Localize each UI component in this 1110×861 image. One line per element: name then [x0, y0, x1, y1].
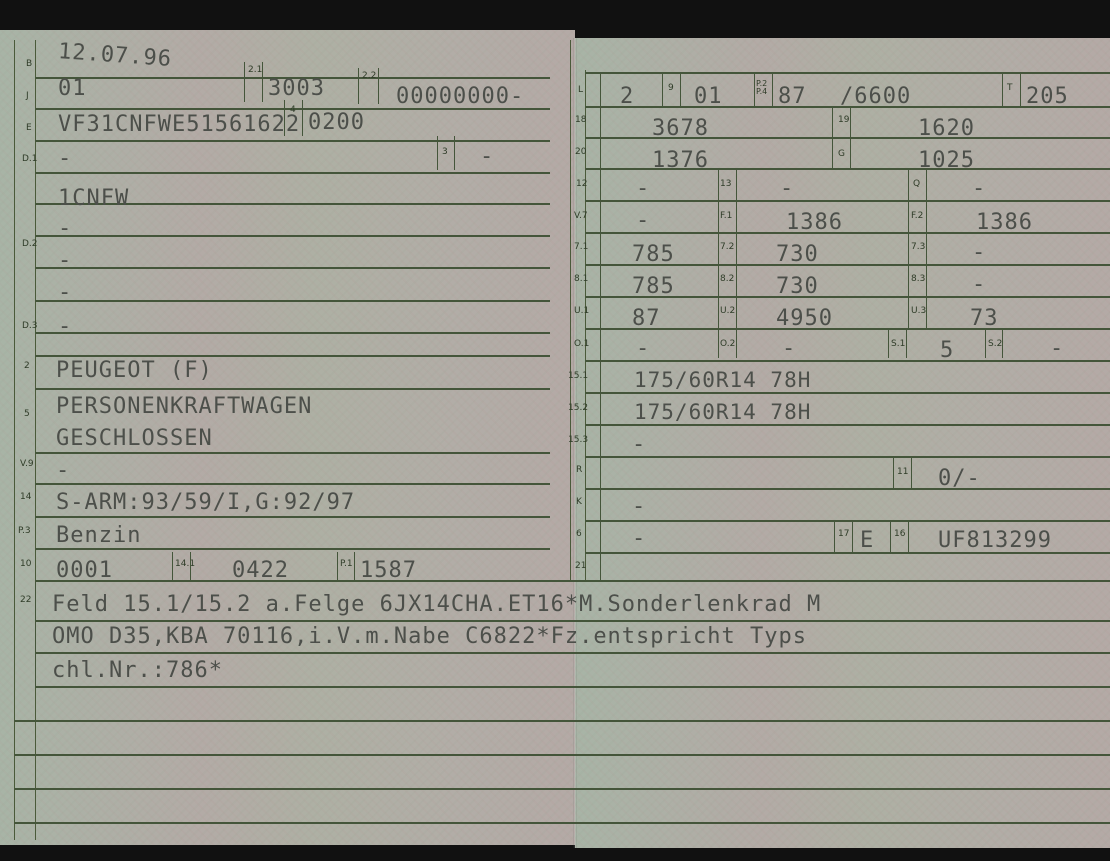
value-6: -	[632, 528, 646, 550]
field-label-2-1: 2.1	[248, 66, 262, 75]
value-emission-class: S-ARM:93/59/I,G:92/97	[56, 492, 355, 514]
row-line	[585, 360, 1110, 362]
value-noise-stationary: 87	[632, 308, 661, 330]
field-label-8-1: 8.1	[574, 275, 588, 284]
field-label-e: E	[26, 124, 32, 133]
cell-border	[893, 458, 894, 488]
field-label-15-2: 15.2	[568, 404, 588, 413]
row-line	[35, 548, 550, 550]
value-8-2: 730	[776, 276, 819, 298]
field-label-j: J	[26, 92, 29, 101]
remarks-line-2: OMO D35,KBA 70116,i.V.m.Nabe C6822*Fz.en…	[52, 626, 807, 648]
cell-border	[985, 330, 986, 358]
row-line	[585, 392, 1110, 394]
remarks-line-1: Feld 15.1/15.2 a.Felge 6JX14CHA.ET16*M.S…	[52, 594, 821, 616]
field-label-2: 2	[24, 362, 30, 371]
cell-border	[911, 458, 912, 488]
value-length: 3678	[652, 118, 709, 140]
cell-border	[926, 170, 927, 328]
value-manufacturer-key: 3003	[268, 78, 325, 100]
row-line	[14, 822, 1110, 824]
cell-border	[244, 62, 245, 102]
cell-border	[262, 62, 263, 102]
field-label-17: 17	[838, 530, 849, 539]
cell-border	[1020, 74, 1021, 106]
value-width: 1620	[918, 118, 975, 140]
value-tyre-axle-1: 175/60R14 78H	[634, 370, 811, 391]
cell-border	[190, 552, 191, 582]
field-label-d2: D.2	[22, 240, 38, 249]
field-label-l: L	[578, 86, 583, 95]
value-permissible-mass: 1386	[976, 212, 1033, 234]
field-label-g: G	[838, 150, 845, 159]
value-d2: -	[58, 250, 72, 272]
field-label-16: 16	[894, 530, 905, 539]
value-tyre-axle-2: 175/60R14 78H	[634, 402, 811, 423]
field-label-p2-p4: P.2 P.4	[756, 80, 767, 96]
value-9: 01	[694, 86, 723, 108]
field-label-d3: D.3	[22, 322, 38, 331]
value-vin: VF31CNFWE51561622	[58, 114, 300, 136]
row-line	[35, 686, 1110, 688]
field-label-7-2: 7.2	[720, 243, 734, 252]
value-max-mass: 1386	[786, 212, 843, 234]
value-displacement: 1587	[360, 560, 417, 582]
field-label-10: 10	[20, 560, 31, 569]
value-v9: -	[56, 460, 70, 482]
value-d2c: -	[58, 282, 72, 304]
value-d1-type: 1CNFW	[58, 188, 129, 210]
field-label-12: 12	[576, 180, 587, 189]
field-label-o2: O.2	[720, 340, 735, 349]
field-label-r: R	[576, 466, 582, 475]
cell-border	[852, 522, 853, 552]
field-label-k: K	[576, 498, 582, 507]
cell-border	[888, 330, 889, 358]
value-v7: -	[636, 210, 650, 232]
field-label-14-1: 14.1	[175, 560, 195, 569]
row-line	[585, 520, 1110, 522]
row-line	[35, 355, 550, 357]
value-fuel: Benzin	[56, 525, 141, 547]
field-label-s1: S.1	[891, 340, 905, 349]
row-line	[35, 235, 550, 237]
value-axles: 2	[620, 86, 634, 108]
field-label-t: T	[1007, 84, 1013, 93]
field-label-11: 11	[897, 468, 908, 477]
field-label-p3: P.3	[18, 527, 31, 536]
cell-border	[600, 72, 601, 582]
row-line	[14, 720, 1110, 722]
cell-border	[337, 552, 338, 582]
cell-border	[718, 170, 719, 358]
field-label-f2: F.2	[911, 212, 923, 221]
field-label-14: 14	[20, 493, 31, 502]
cell-border	[662, 74, 663, 106]
value-o2: -	[782, 338, 796, 360]
field-label-v9: V.9	[20, 460, 34, 469]
value-body-type: GESCHLOSSEN	[56, 428, 213, 450]
value-height: 1376	[652, 150, 709, 172]
row-line	[14, 788, 1110, 790]
cell-border	[850, 108, 851, 168]
cell-border	[454, 136, 455, 170]
field-label-21: 21	[575, 562, 586, 571]
value-8-3: -	[972, 274, 986, 296]
cell-border	[680, 74, 681, 106]
value-top-speed: 205	[1026, 86, 1069, 108]
cell-border	[834, 522, 835, 552]
value-14-1: 0422	[232, 560, 289, 582]
field-label-22: 22	[20, 596, 31, 605]
row-line	[35, 620, 1110, 622]
field-label-5: 5	[24, 410, 30, 419]
value-document-number: UF813299	[938, 530, 1052, 552]
value-3: -	[480, 146, 494, 168]
cell-border	[437, 136, 438, 170]
value-tyre-axle-3: -	[632, 434, 646, 456]
row-line	[585, 488, 1110, 490]
margin-line	[570, 40, 571, 580]
value-empty-mass: 1025	[918, 150, 975, 172]
field-label-8-3: 8.3	[911, 275, 925, 284]
field-label-s2: S.2	[988, 340, 1002, 349]
cell-border	[890, 522, 891, 552]
field-label-v7: V.7	[574, 212, 588, 221]
cell-border	[378, 68, 379, 104]
row-line	[35, 580, 1110, 582]
remarks-line-3: chl.Nr.:786*	[52, 660, 223, 682]
field-label-3: 3	[442, 148, 448, 157]
field-label-u3: U.3	[911, 307, 926, 316]
field-label-f1: F.1	[720, 212, 732, 221]
field-label-u2: U.2	[720, 307, 735, 316]
cell-border	[772, 74, 773, 106]
field-label-d1: D.1	[22, 155, 38, 164]
cell-border	[908, 522, 909, 552]
value-d1: -	[58, 148, 72, 170]
cell-border	[302, 100, 303, 136]
cell-border	[1002, 74, 1003, 106]
row-line	[585, 72, 1110, 74]
value-standing-places: -	[1050, 338, 1064, 360]
cell-border	[908, 170, 909, 328]
cell-border	[358, 68, 359, 104]
field-label-2-2: 2.2	[362, 72, 376, 81]
field-label-b: B	[26, 60, 32, 69]
field-label-o1: O.1	[574, 340, 589, 349]
field-label-u1: U.1	[574, 307, 589, 316]
field-label-6: 6	[576, 530, 582, 539]
field-label-19: 19	[838, 116, 849, 125]
row-line	[35, 388, 550, 390]
value-axle-load-1: 785	[632, 244, 675, 266]
value-k: -	[632, 496, 646, 518]
value-12: -	[636, 178, 650, 200]
field-label-20: 20	[575, 148, 586, 157]
row-line	[35, 332, 550, 334]
row-line	[14, 754, 1110, 756]
value-type-key: 00000000-	[396, 86, 524, 108]
row-line	[585, 328, 1110, 330]
field-label-15-3: 15.3	[568, 436, 588, 445]
row-line	[35, 452, 550, 454]
cell-border	[736, 170, 737, 358]
row-line	[35, 652, 1110, 654]
cell-border	[754, 74, 755, 106]
value-11: 0/-	[938, 468, 981, 490]
field-label-8-2: 8.2	[720, 275, 734, 284]
cell-border	[832, 108, 833, 168]
row-line	[35, 516, 550, 518]
field-label-15-1: 15.1	[568, 372, 588, 381]
field-label-13: 13	[720, 180, 731, 189]
field-label-9: 9	[668, 84, 674, 93]
row-line	[35, 300, 550, 302]
value-q: -	[972, 178, 986, 200]
value-seats: 5	[940, 340, 954, 362]
field-label-7-3: 7.3	[911, 243, 925, 252]
row-line	[35, 172, 550, 174]
value-8-1: 785	[632, 276, 675, 298]
field-label-18: 18	[575, 116, 586, 125]
row-line	[585, 456, 1110, 458]
value-d2a: -	[58, 218, 72, 240]
field-label-7-1: 7.1	[574, 243, 588, 252]
value-noise-driving: 73	[970, 308, 999, 330]
row-line	[35, 267, 550, 269]
value-axle-load-3: -	[972, 242, 986, 264]
value-10: 0001	[56, 560, 113, 582]
value-axle-load-2: 730	[776, 244, 819, 266]
value-j: 01	[58, 78, 87, 100]
value-o1: -	[636, 338, 650, 360]
field-label-p1: P.1	[340, 560, 353, 569]
value-d3: -	[58, 316, 72, 338]
cell-border	[35, 582, 36, 688]
row-line	[35, 483, 550, 485]
value-vehicle-class: PERSONENKRAFTWAGEN	[56, 396, 312, 418]
cell-border	[906, 330, 907, 358]
row-line	[585, 424, 1110, 426]
value-17: E	[860, 530, 874, 552]
value-13: -	[780, 178, 794, 200]
value-make: PEUGEOT (F)	[56, 360, 213, 382]
row-line	[585, 200, 1110, 202]
value-rpm: /6600	[840, 86, 911, 108]
row-line	[35, 140, 550, 142]
cell-border	[172, 552, 173, 582]
field-label-q: Q	[913, 180, 920, 189]
value-4: 0200	[308, 112, 365, 134]
value-power-kw: 87	[778, 86, 807, 108]
value-noise-rpm: 4950	[776, 308, 833, 330]
cell-border	[354, 552, 355, 582]
